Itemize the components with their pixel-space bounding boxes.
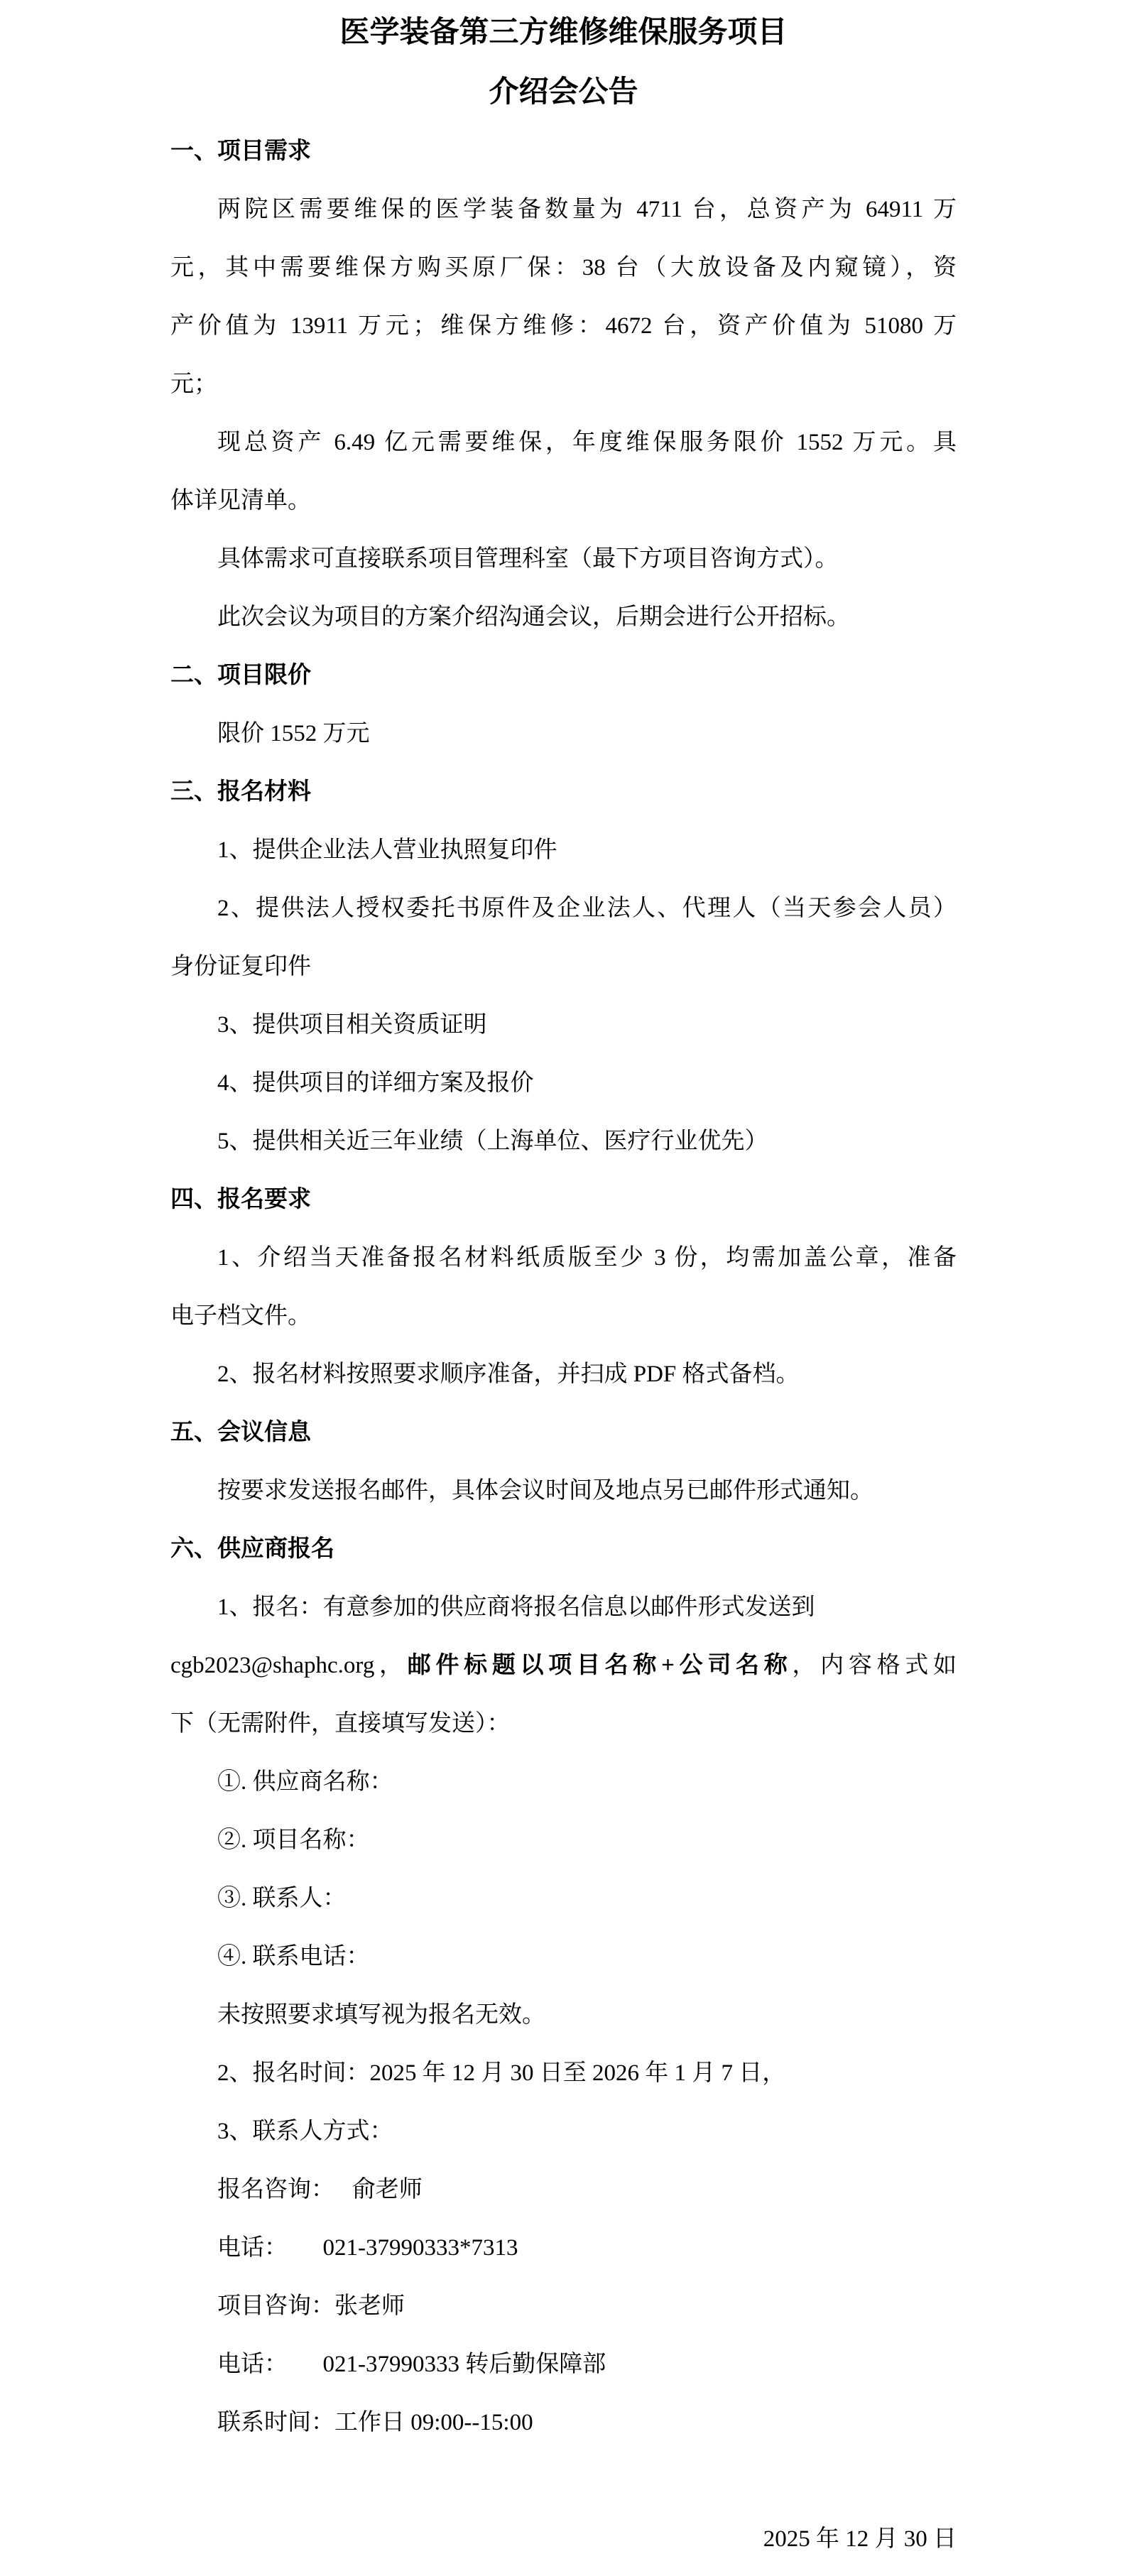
signup-time: 2、报名时间：2025 年 12 月 30 日至 2026 年 1 月 7 日， xyxy=(170,2044,957,2102)
date-line: 2025 年 12 月 30 日 xyxy=(170,2510,957,2568)
text-span: ，内容格式如 xyxy=(792,1653,957,1678)
doc-line-5: 元； xyxy=(170,355,957,413)
doc-line-33: 未按照要求填写视为报名无效。 xyxy=(170,1986,957,2044)
section-heading-4: 四、报名要求 xyxy=(170,1170,957,1229)
document-body: 一、项目需求两院区需要维保的医学装备数量为 4711 台，总资产为 64911 … xyxy=(170,122,957,2510)
doc-line-29: ①. 供应商名称： xyxy=(170,1753,957,1811)
doc-line-26: 1、报名：有意参加的供应商将报名信息以邮件形式发送到 xyxy=(170,1578,957,1636)
doc-line-6: 现总资产 6.49 亿元需要维保，年度维保服务限价 1552 万元。具 xyxy=(170,413,957,472)
bold-text-span: 邮件标题以项目名称+公司名称 xyxy=(408,1653,793,1678)
contact-signup: 报名咨询： 俞老师 xyxy=(170,2161,957,2219)
section-heading-2: 二、项目限价 xyxy=(170,646,957,705)
doc-line-7: 体详见清单。 xyxy=(170,472,957,530)
doc-line-9: 此次会议为项目的方案介绍沟通会议，后期会进行公开招标。 xyxy=(170,588,957,646)
doc-line-35: 3、联系人方式： xyxy=(170,2102,957,2161)
doc-line-4: 产价值为 13911 万元；维保方维修：4672 台，资产价值为 51080 万 xyxy=(170,297,957,355)
doc-line-28: 下（无需附件，直接填写发送）： xyxy=(170,1695,957,1753)
document-page: 医学装备第三方维修维保服务项目 介绍会公告 一、项目需求两院区需要维保的医学装备… xyxy=(0,0,1127,2576)
doc-line-17: 4、提供项目的详细方案及报价 xyxy=(170,1054,957,1112)
section-heading-5: 五、会议信息 xyxy=(170,1403,957,1462)
contact-hours: 联系时间：工作日 09:00--15:00 xyxy=(170,2393,957,2452)
doc-line-31: ③. 联系人： xyxy=(170,1869,957,1928)
text-span: cgb2023@shaphc.org， xyxy=(170,1653,408,1678)
section-heading-1: 一、项目需求 xyxy=(170,122,957,180)
doc-line-15: 身份证复印件 xyxy=(170,938,957,996)
doc-line-13: 1、提供企业法人营业执照复印件 xyxy=(170,821,957,879)
doc-line-21: 电子档文件。 xyxy=(170,1287,957,1345)
section-heading-3: 三、报名材料 xyxy=(170,763,957,821)
section-heading-6: 六、供应商报名 xyxy=(170,1520,957,1578)
contact-project-phone: 电话： 021-37990333 转后勤保障部 xyxy=(170,2335,957,2393)
title-line-2: 介绍会公告 xyxy=(170,63,957,122)
doc-line-14: 2、提供法人授权委托书原件及企业法人、代理人（当天参会人员） xyxy=(170,879,957,938)
doc-line-2: 两院区需要维保的医学装备数量为 4711 台，总资产为 64911 万 xyxy=(170,180,957,239)
doc-line-22: 2、报名材料按照要求顺序准备，并扫成 PDF 格式备档。 xyxy=(170,1345,957,1403)
doc-line-20: 1、介绍当天准备报名材料纸质版至少 3 份，均需加盖公章，准备 xyxy=(170,1229,957,1287)
contact-project: 项目咨询：张老师 xyxy=(170,2277,957,2335)
doc-line-18: 5、提供相关近三年业绩（上海单位、医疗行业优先） xyxy=(170,1112,957,1170)
doc-line-24: 按要求发送报名邮件，具体会议时间及地点另已邮件形式通知。 xyxy=(170,1462,957,1520)
document-title: 医学装备第三方维修维保服务项目 介绍会公告 xyxy=(170,3,957,122)
doc-line-30: ②. 项目名称： xyxy=(170,1811,957,1869)
doc-line-41 xyxy=(170,2452,957,2510)
doc-line-16: 3、提供项目相关资质证明 xyxy=(170,996,957,1054)
email-line: cgb2023@shaphc.org，邮件标题以项目名称+公司名称，内容格式如 xyxy=(170,1636,957,1695)
doc-line-3: 元，其中需要维保方购买原厂保：38 台（大放设备及内窥镜），资 xyxy=(170,239,957,297)
contact-signup-phone: 电话： 021-37990333*7313 xyxy=(170,2219,957,2277)
title-line-1: 医学装备第三方维修维保服务项目 xyxy=(170,3,957,63)
price-limit: 限价 1552 万元 xyxy=(170,705,957,763)
doc-line-8: 具体需求可直接联系项目管理科室（最下方项目咨询方式）。 xyxy=(170,530,957,588)
doc-line-32: ④. 联系电话： xyxy=(170,1928,957,1986)
